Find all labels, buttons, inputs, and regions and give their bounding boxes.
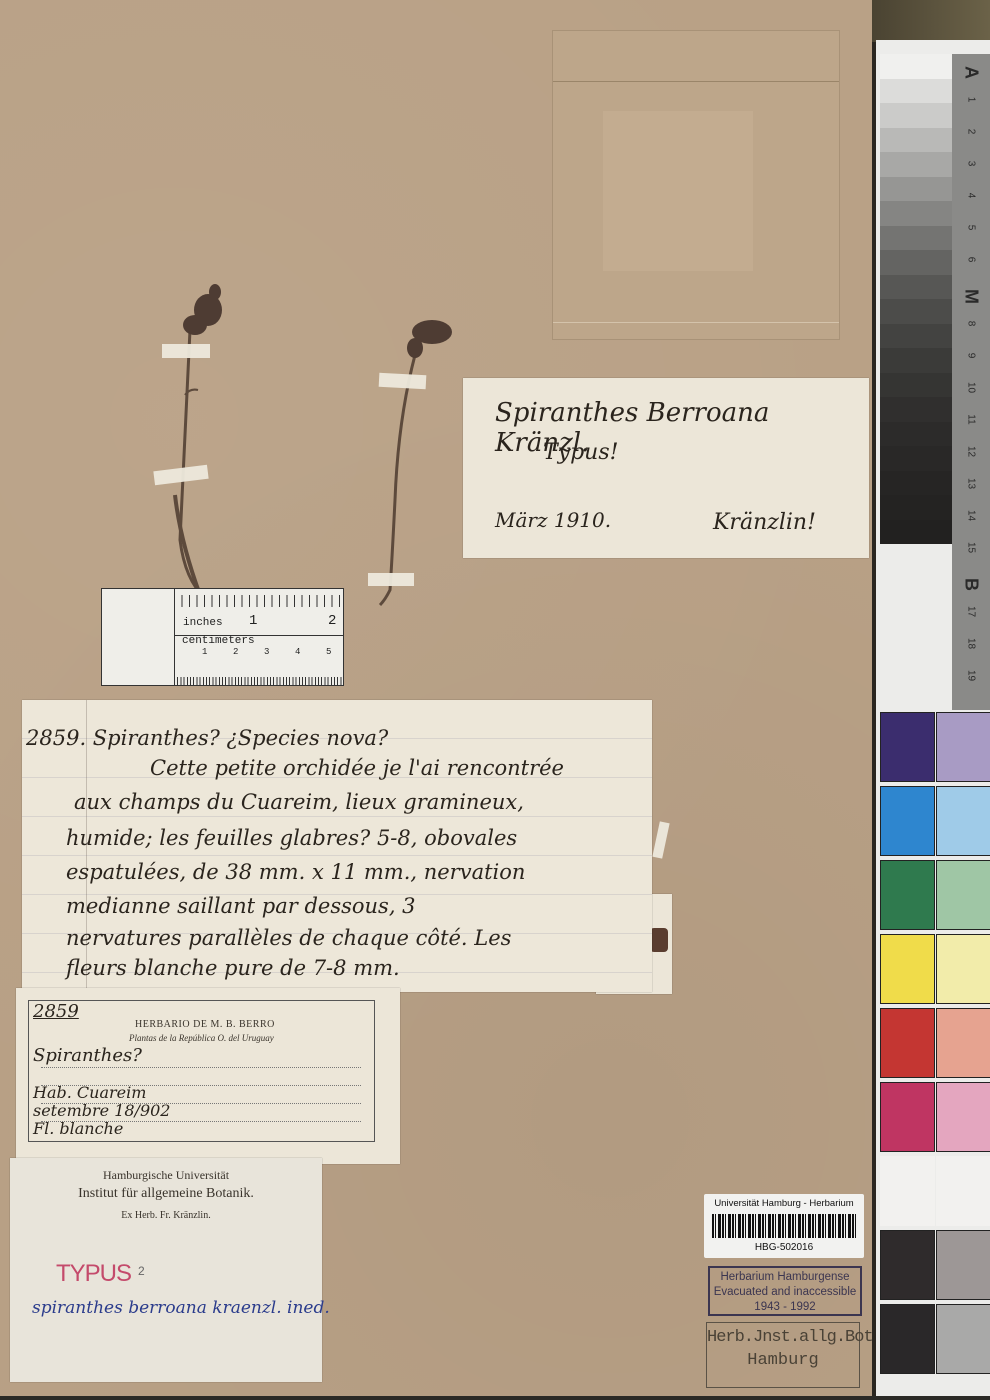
cm-mark: 3: [264, 647, 269, 657]
notes-line: nervatures parallèles de chaque côté. Le…: [66, 926, 511, 950]
color-patch: [880, 1304, 935, 1374]
inch-mark: 1: [249, 613, 257, 629]
gray-step: [880, 103, 952, 128]
scan-background: [872, 0, 990, 42]
typus-superscript: 2: [138, 1264, 145, 1278]
barcode: [712, 1214, 856, 1238]
collection-number: 2859: [33, 1001, 79, 1022]
color-patch: [936, 860, 990, 930]
color-patch: [880, 1230, 935, 1300]
ruler-blank: [102, 589, 175, 685]
field-notes-label: 2859. Spiranthes? ¿Species nova? Cette p…: [22, 700, 652, 992]
gray-step: [880, 128, 952, 153]
inches-label: inches: [183, 617, 223, 629]
collector-label-frame: 2859 HERBARIO DE M. B. BERRO Plantas de …: [28, 1000, 375, 1142]
envelope-contents: [603, 111, 753, 271]
gray-step: [880, 373, 952, 398]
scale-label: 6: [966, 241, 977, 279]
herbarium-sheet: Spiranthes Berroana Kränzl. Typus! März …: [0, 0, 872, 1398]
barcode-title: Universität Hamburg - Herbarium: [704, 1198, 864, 1209]
ruled-line: [41, 1067, 361, 1068]
color-patch: [880, 860, 935, 930]
herbarium-subheader: Plantas de la República O. del Uruguay: [129, 1033, 274, 1043]
gray-step: [880, 152, 952, 177]
specimen-left-flowers: [183, 284, 222, 335]
label-flower-note: Fl. blanche: [33, 1119, 123, 1138]
label-locality: Hab. Cuareim: [33, 1083, 146, 1102]
specimen-left: [175, 330, 205, 598]
stamp-line: Evacuated and inaccessible: [710, 1285, 860, 1300]
color-patch: [936, 786, 990, 856]
gray-step: [880, 495, 952, 520]
institute-stamp: Herb.Jnst.allg.Bot. Hamburg: [706, 1322, 860, 1388]
gray-step: [880, 201, 952, 226]
inch-mark: 2: [328, 613, 336, 629]
grayscale-labels: A123456M89101112131415B171819: [952, 54, 990, 710]
cm-mark: 2: [233, 647, 238, 657]
cm-mark: 4: [295, 647, 300, 657]
color-patch: [880, 1008, 935, 1078]
annotation-ink: spiranthes berroana kraenzl. ined.: [32, 1298, 330, 1318]
scan-edge: [0, 1396, 990, 1400]
plant-specimens: [140, 280, 460, 620]
gray-step: [880, 422, 952, 447]
gray-step: [880, 250, 952, 275]
notes-line: 2859. Spiranthes? ¿Species nova?: [26, 726, 388, 750]
herbarium-header: HERBARIO DE M. B. BERRO: [135, 1019, 275, 1030]
stamp-line: 1943 - 1992: [710, 1300, 860, 1315]
label-taxon: Spiranthes?: [33, 1045, 142, 1066]
specimen-right-flowers: [407, 320, 452, 358]
stamp-line: Herb.Jnst.allg.Bot.: [707, 1328, 859, 1347]
envelope-fold: [553, 322, 839, 339]
cm-ticks: [174, 677, 343, 685]
fragment-envelope: [552, 30, 840, 340]
color-calibration-card: A123456M89101112131415B171819: [876, 40, 990, 1396]
scale-label: 15: [966, 529, 977, 567]
typus-stamp: TYPUS: [56, 1260, 131, 1288]
institute-name: Institut für allgemeine Botanik.: [10, 1186, 322, 1202]
color-patch: [936, 1008, 990, 1078]
grayscale-steps: [880, 54, 952, 544]
mounting-strip: [379, 373, 427, 389]
notes-line: espatulées, de 38 mm. x 11 mm., nervatio…: [66, 860, 525, 884]
gray-step: [880, 54, 952, 79]
color-patch: [936, 1156, 990, 1226]
notes-line: Cette petite orchidée je l'ai rencontrée: [150, 756, 564, 780]
flower-fragment: [650, 928, 668, 952]
notes-line: humide; les feuilles glabres? 5-8, obova…: [66, 826, 517, 850]
det-signature: Kränzlin!: [713, 510, 816, 535]
cm-mark: 1: [202, 647, 207, 657]
evacuation-stamp: Herbarium Hamburgense Evacuated and inac…: [708, 1266, 862, 1316]
ex-herbarium: Ex Herb. Fr. Kränzlin.: [10, 1210, 322, 1221]
centimeters-label: centimeters: [182, 635, 255, 647]
color-patch: [880, 934, 935, 1004]
gray-step: [880, 348, 952, 373]
gray-step: [880, 79, 952, 104]
stamp-line: Herbarium Hamburgense: [710, 1270, 860, 1285]
university-name: Hamburgische Universität: [10, 1168, 322, 1183]
scale-ruler: inches 1 2 centimeters 1 2 3 4 5: [101, 588, 344, 686]
specimen-right: [380, 355, 415, 605]
notes-line: medianne saillant par dessous, 3: [66, 894, 416, 918]
color-patch: [880, 786, 935, 856]
cm-mark: 5: [326, 647, 331, 657]
ruler-centimeters: centimeters 1 2 3 4 5: [174, 635, 343, 685]
catalog-number: HBG-502016: [704, 1242, 864, 1253]
gray-step: [880, 446, 952, 471]
gray-step: [880, 397, 952, 422]
gray-step: [880, 275, 952, 300]
mounting-strip: [368, 573, 414, 586]
color-patch: [880, 1082, 935, 1152]
label-date: setembre 18/902: [33, 1101, 170, 1120]
gray-step: [880, 226, 952, 251]
color-patch: [936, 1082, 990, 1152]
det-date: März 1910.: [495, 508, 611, 532]
notes-line: aux champs du Cuareim, lieux gramineux,: [74, 790, 524, 814]
color-patch: [936, 1230, 990, 1300]
mounting-strip: [652, 821, 669, 858]
scale-label: 19: [966, 657, 977, 695]
ruler-inches: inches 1 2: [174, 595, 343, 636]
color-patch: [936, 712, 990, 782]
gray-step: [880, 471, 952, 496]
envelope-flap: [553, 31, 839, 82]
color-patch: [880, 712, 935, 782]
notes-line: fleurs blanche pure de 7-8 mm.: [66, 956, 400, 980]
gray-step: [880, 324, 952, 349]
collector-label: 2859 HERBARIO DE M. B. BERRO Plantas de …: [16, 988, 400, 1164]
gray-step: [880, 520, 952, 545]
gray-step: [880, 299, 952, 324]
color-patch: [936, 1304, 990, 1374]
barcode-label: Universität Hamburg - Herbarium HBG-5020…: [704, 1194, 864, 1258]
gray-step: [880, 177, 952, 202]
stamp-line: Hamburg: [707, 1351, 859, 1370]
inch-ticks: [174, 595, 343, 607]
institute-label: Hamburgische Universität Institut für al…: [10, 1158, 322, 1382]
det-type-status: Typus!: [543, 440, 619, 465]
color-patch: [880, 1156, 935, 1226]
color-patch: [936, 934, 990, 1004]
determination-label: Spiranthes Berroana Kränzl. Typus! März …: [463, 378, 869, 558]
mounting-strip: [162, 344, 210, 358]
